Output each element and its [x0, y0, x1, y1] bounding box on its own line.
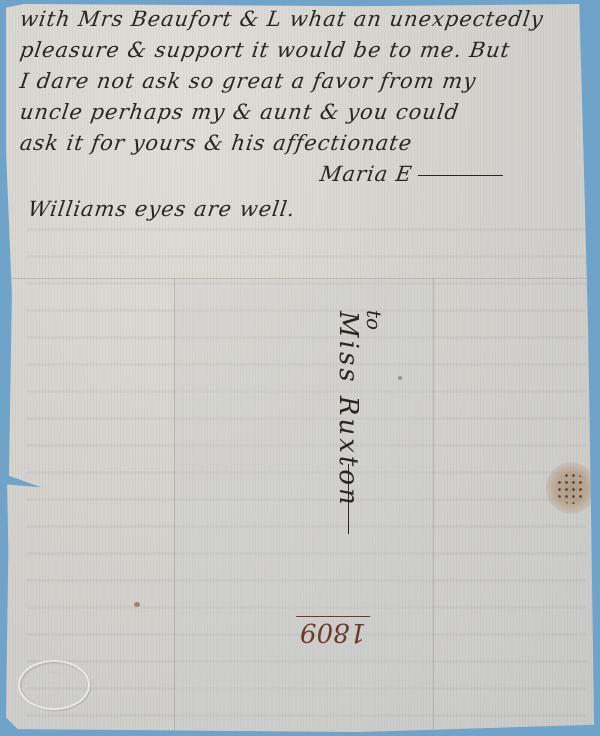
archive-number: 1809 — [296, 616, 370, 647]
letter-line: ask it for yours & his affectionate — [18, 128, 600, 159]
stamp-line: · · · · — [20, 679, 88, 690]
embossed-stamp-icon: · · · · · · · · · · · — [18, 660, 90, 710]
recipient-underline — [348, 464, 349, 534]
letter-line: with Mrs Beaufort & L what an unexpected… — [18, 4, 600, 35]
left-fold-line — [174, 278, 176, 732]
letter-line: pleasure & support it would be to me. Bu… — [18, 35, 600, 66]
letter-line: uncle perhaps my & aunt & you could — [18, 97, 600, 128]
signature: Maria E — [18, 159, 600, 190]
letter-body: with Mrs Beaufort & L what an unexpected… — [20, 4, 600, 225]
letter-line: I dare not ask so great a favor from my — [18, 66, 600, 97]
address-prefix: to — [362, 310, 386, 330]
paper-speck — [398, 376, 402, 380]
ink-speck — [134, 602, 140, 607]
letter-paper: with Mrs Beaufort & L what an unexpected… — [6, 4, 594, 732]
postscript: Williams eyes are well. — [18, 194, 600, 225]
right-fold-line — [433, 278, 435, 732]
address-block: to Miss Ruxton — [306, 304, 396, 524]
stamp-line: · · · — [20, 690, 88, 701]
wax-seal-stain — [546, 462, 596, 514]
stamp-line: · · · · — [20, 668, 88, 679]
